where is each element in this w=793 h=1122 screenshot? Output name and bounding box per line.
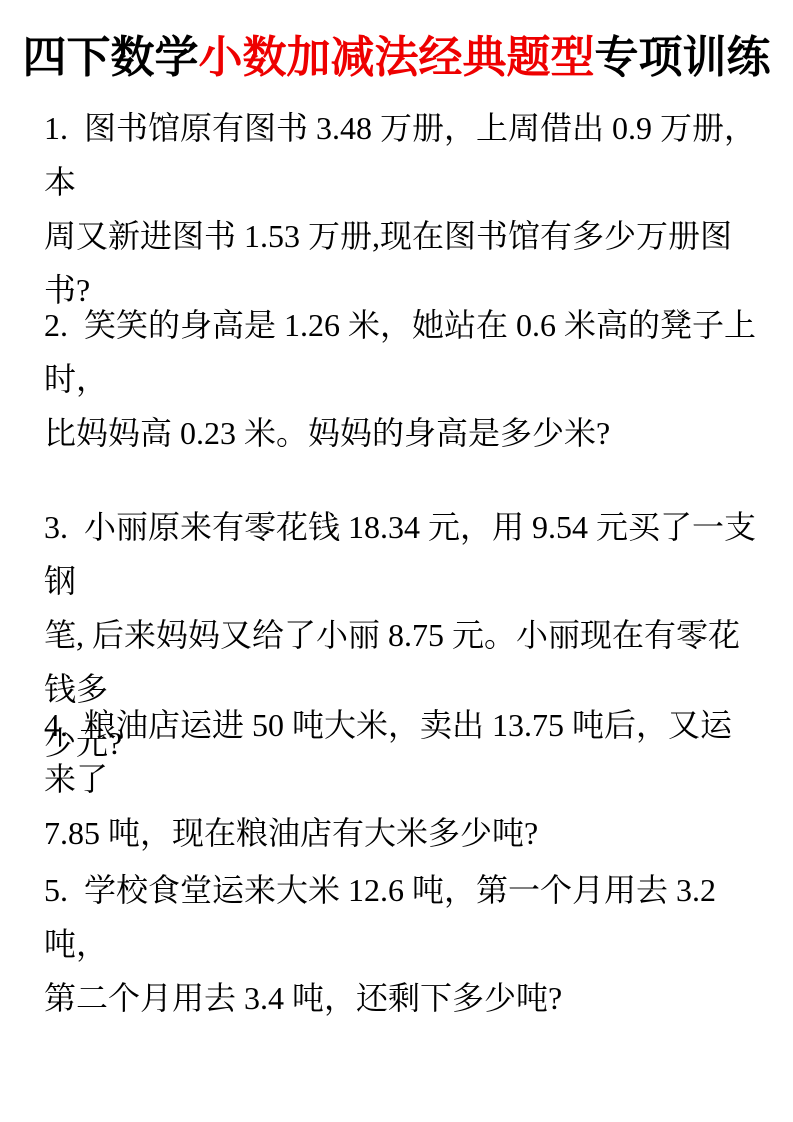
problem-1: 1. 图书馆原有图书 3.48 万册，上周借出 0.9 万册，本 周又新进图书 … [44, 101, 758, 317]
problem-5: 5. 学校食堂运来大米 12.6 吨，第一个月用去 3.2 吨， 第二个月用去 … [44, 863, 758, 1025]
problem-4-line-2: 7.85 吨，现在粮油店有大米多少吨? [44, 806, 758, 860]
title-topic-highlight: 小数加减法经典题型 [199, 33, 595, 82]
problem-4-line-1: 4. 粮油店运进 50 吨大米，卖出 13.75 吨后，又运来了 [44, 698, 758, 806]
problem-3-line-1: 3. 小丽原来有零花钱 18.34 元，用 9.54 元买了一支钢 [44, 500, 758, 608]
problem-4: 4. 粮油店运进 50 吨大米，卖出 13.75 吨后，又运来了 7.85 吨，… [44, 698, 758, 860]
problem-5-line-2: 第二个月用去 3.4 吨，还剩下多少吨? [44, 971, 758, 1025]
title-grade-subject: 四下数学 [23, 33, 199, 82]
problem-1-line-1: 1. 图书馆原有图书 3.48 万册，上周借出 0.9 万册，本 [44, 101, 758, 209]
problem-5-line-1: 5. 学校食堂运来大米 12.6 吨，第一个月用去 3.2 吨， [44, 863, 758, 971]
title-suffix: 专项训练 [595, 33, 771, 82]
worksheet-page: 四下数学小数加减法经典题型专项训练 1. 图书馆原有图书 3.48 万册，上周借… [0, 0, 793, 1122]
problem-2: 2. 笑笑的身高是 1.26 米，她站在 0.6 米高的凳子上时， 比妈妈高 0… [44, 298, 758, 460]
problem-2-line-2: 比妈妈高 0.23 米。妈妈的身高是多少米? [44, 406, 758, 460]
problem-2-line-1: 2. 笑笑的身高是 1.26 米，她站在 0.6 米高的凳子上时， [44, 298, 758, 406]
worksheet-title: 四下数学小数加减法经典题型专项训练 [0, 32, 793, 84]
